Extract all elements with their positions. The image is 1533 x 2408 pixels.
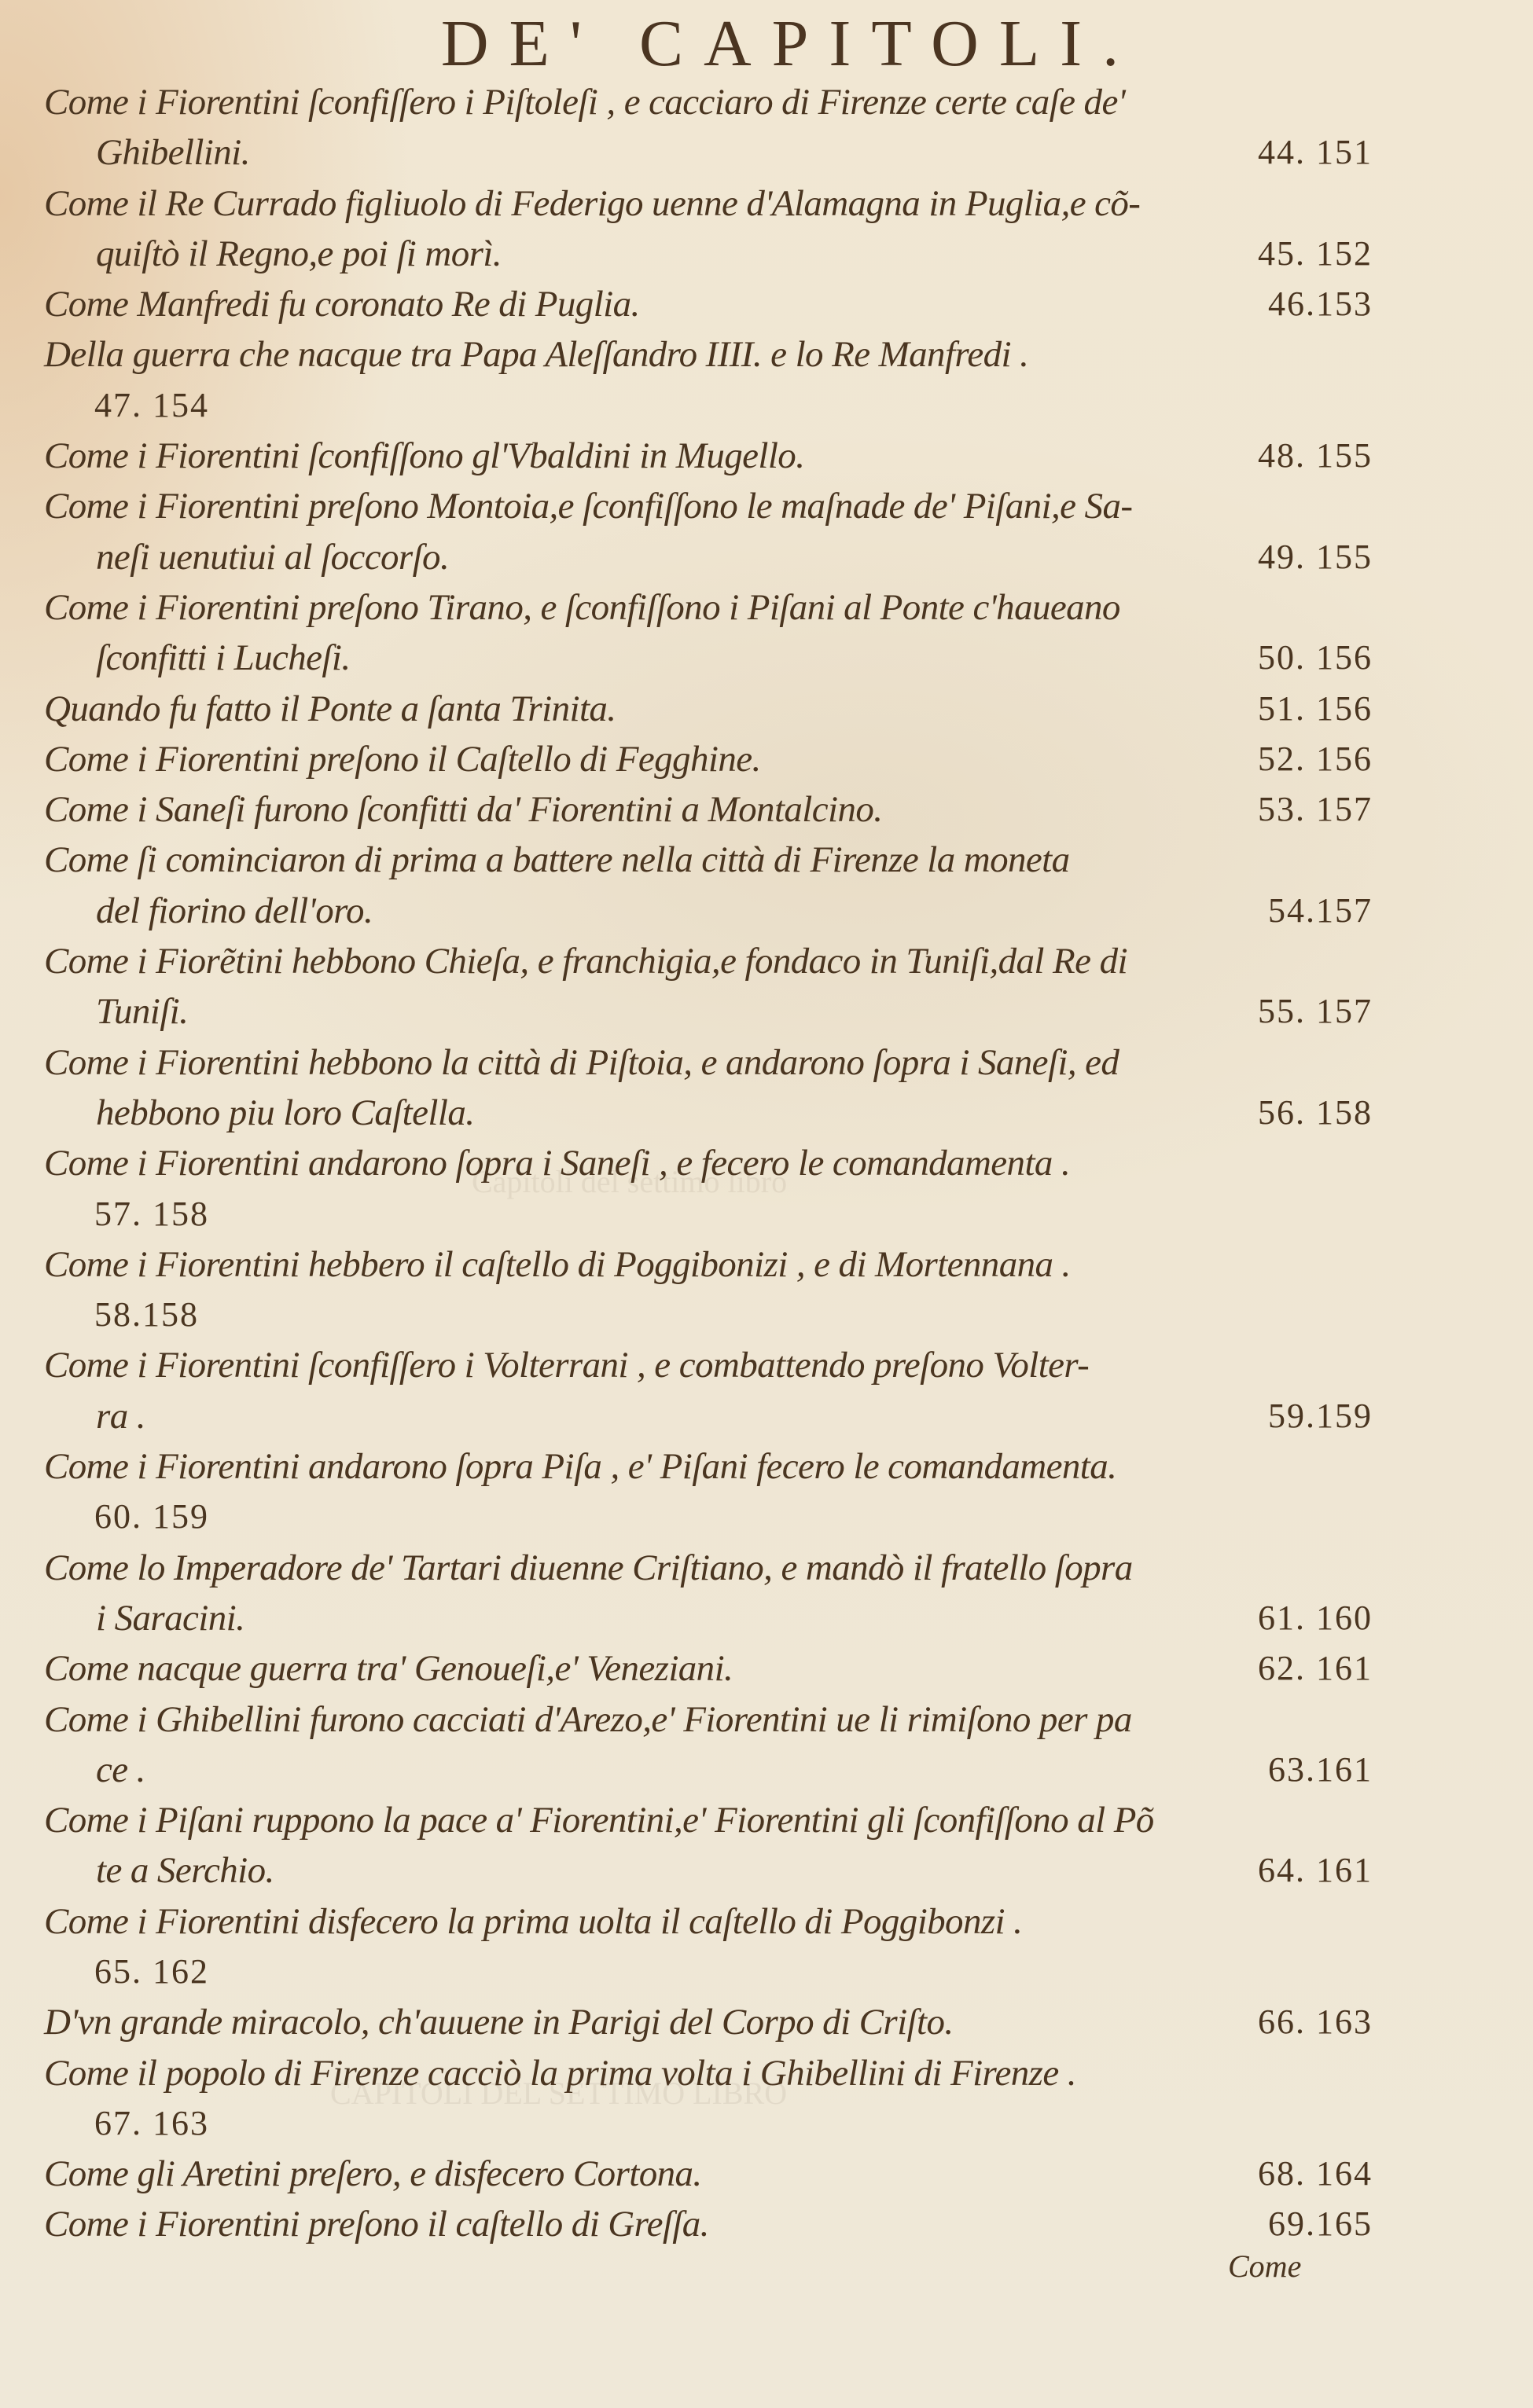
entry-number: 67. 163 xyxy=(94,2098,209,2149)
toc-line: Come i Fiorentini ſconfiſſono gl'Vbaldin… xyxy=(44,431,1373,481)
entry-number: 45. 152 xyxy=(1258,229,1373,279)
entry-text: D'vn grande miracolo, ch'auuene in Parig… xyxy=(44,1997,954,2047)
toc-line: ſconfitti i Lucheſi.50. 156 xyxy=(44,633,1373,683)
toc-line: Della guerra che nacque tra Papa Aleſſan… xyxy=(44,329,1373,380)
entry-text: del fiorino dell'oro. xyxy=(96,886,373,936)
page-title: DE' CAPITOLI. xyxy=(0,5,1533,83)
entry-text: Come i Fiorentini preſono il Caſtello di… xyxy=(44,734,761,784)
entry-number: 63.161 xyxy=(1268,1745,1373,1795)
toc-line: Come i Fiorentini andarono ſopra Piſa , … xyxy=(44,1441,1373,1492)
toc-line: Come i Fiorentini preſono il Caſtello di… xyxy=(44,734,1373,784)
toc-line: Come i Fiorentini disfecero la prima uol… xyxy=(44,1896,1373,1947)
entry-number: 55. 157 xyxy=(1258,986,1373,1037)
entry-text: Come il popolo di Firenze cacciò la prim… xyxy=(44,2048,1076,2098)
entry-number: 66. 163 xyxy=(1258,1997,1373,2047)
toc-line: te a Serchio.64. 161 xyxy=(44,1845,1373,1896)
toc-line: D'vn grande miracolo, ch'auuene in Parig… xyxy=(44,1997,1373,2047)
entry-number: 44. 151 xyxy=(1258,127,1373,178)
entry-number: 49. 155 xyxy=(1258,532,1373,582)
entry-text: Come i Fiorentini hebbono la città di Pi… xyxy=(44,1037,1119,1088)
entry-text: ſconfitti i Lucheſi. xyxy=(96,633,351,683)
toc-line: Come i Fiorentini preſono Tirano, e ſcon… xyxy=(44,582,1373,633)
toc-line: Ghibellini.44. 151 xyxy=(44,127,1373,178)
toc-line: Come i Piſani ruppono la pace a' Fiorent… xyxy=(44,1795,1373,1845)
entry-text: Come Manfredi fu coronato Re di Puglia. xyxy=(44,279,640,329)
toc-line: 67. 163 xyxy=(44,2098,1373,2149)
entry-number: 57. 158 xyxy=(94,1189,209,1239)
toc-line: 65. 162 xyxy=(44,1947,1373,1997)
entry-text: Della guerra che nacque tra Papa Aleſſan… xyxy=(44,329,1028,380)
entry-number: 69.165 xyxy=(1268,2199,1373,2249)
entry-text: quiſtò il Regno,e poi ſi morì. xyxy=(96,229,502,279)
toc-line: Come i Fiorentini ſconfiſſero i Piſtoleſ… xyxy=(44,77,1373,127)
entry-number: 58.158 xyxy=(94,1290,199,1340)
toc-line: del fiorino dell'oro.54.157 xyxy=(44,886,1373,936)
entry-text: Come i Fiorentini ſconfiſſero i Piſtoleſ… xyxy=(44,77,1125,127)
entry-text: hebbono piu loro Caſtella. xyxy=(96,1088,474,1138)
entry-text: Come i Fiorentini preſono Montoia,e ſcon… xyxy=(44,481,1132,531)
entry-text: Come i Piſani ruppono la pace a' Fiorent… xyxy=(44,1795,1154,1845)
entry-number: 64. 161 xyxy=(1258,1845,1373,1896)
entry-text: Come i Fiorẽtini hebbono Chieſa, e franc… xyxy=(44,936,1127,986)
toc-line: 57. 158 xyxy=(44,1189,1373,1239)
toc-line: Tuniſi.55. 157 xyxy=(44,986,1373,1037)
toc-line: neſi uenutiui al ſoccorſo.49. 155 xyxy=(44,532,1373,582)
toc-line: Come i Ghibellini furono cacciati d'Arez… xyxy=(44,1694,1373,1745)
catchword: Come xyxy=(1228,2248,1301,2285)
toc-line: Come i Fiorentini preſono il caſtello di… xyxy=(44,2199,1373,2249)
entry-text: neſi uenutiui al ſoccorſo. xyxy=(96,532,449,582)
entry-text: Come nacque guerra tra' Genoueſi,e' Vene… xyxy=(44,1643,733,1694)
entry-number: 48. 155 xyxy=(1258,431,1373,481)
toc-line: 60. 159 xyxy=(44,1492,1373,1542)
toc-line: 47. 154 xyxy=(44,380,1373,431)
toc-line: quiſtò il Regno,e poi ſi morì.45. 152 xyxy=(44,229,1373,279)
toc-line: Come i Fiorentini hebbono la città di Pi… xyxy=(44,1037,1373,1088)
entry-text: Tuniſi. xyxy=(96,986,188,1037)
entry-text: i Saracini. xyxy=(96,1593,244,1643)
entry-number: 47. 154 xyxy=(94,380,209,431)
entry-text: Come i Fiorentini preſono Tirano, e ſcon… xyxy=(44,582,1120,633)
entry-text: Ghibellini. xyxy=(96,127,250,178)
entry-number: 62. 161 xyxy=(1258,1643,1373,1694)
entry-number: 52. 156 xyxy=(1258,734,1373,784)
entry-text: Come i Fiorentini hebbero il caſtello di… xyxy=(44,1239,1071,1290)
entry-number: 51. 156 xyxy=(1258,684,1373,734)
toc-line: Come ſi cominciaron di prima a battere n… xyxy=(44,835,1373,885)
toc-line: ce .63.161 xyxy=(44,1745,1373,1795)
entry-number: 46.153 xyxy=(1268,279,1373,329)
toc-line: i Saracini.61. 160 xyxy=(44,1593,1373,1643)
entry-text: Come i Saneſi furono ſconfitti da' Fiore… xyxy=(44,784,882,835)
entry-text: Come i Ghibellini furono cacciati d'Arez… xyxy=(44,1694,1132,1745)
entry-text: Come i Fiorentini ſconfiſſono gl'Vbaldin… xyxy=(44,431,804,481)
entry-number: 53. 157 xyxy=(1258,784,1373,835)
toc-line: Come lo Imperadore de' Tartari diuenne C… xyxy=(44,1543,1373,1593)
entry-text: Come il Re Currado figliuolo di Federigo… xyxy=(44,178,1140,229)
entry-number: 56. 158 xyxy=(1258,1088,1373,1138)
toc-line: Come nacque guerra tra' Genoueſi,e' Vene… xyxy=(44,1643,1373,1694)
toc-line: Come i Fiorentini hebbero il caſtello di… xyxy=(44,1239,1373,1290)
toc-line: Come i Fiorentini preſono Montoia,e ſcon… xyxy=(44,481,1373,531)
toc-line: Come i Fiorentini ſconfiſſero i Volterra… xyxy=(44,1340,1373,1390)
entry-text: ce . xyxy=(96,1745,145,1795)
toc-line: hebbono piu loro Caſtella.56. 158 xyxy=(44,1088,1373,1138)
entry-text: Come gli Aretini preſero, e disfecero Co… xyxy=(44,2149,702,2199)
toc-line: ra .59.159 xyxy=(44,1391,1373,1441)
entry-text: Quando fu fatto il Ponte a ſanta Trinita… xyxy=(44,684,616,734)
toc-line: Come Manfredi fu coronato Re di Puglia.4… xyxy=(44,279,1373,329)
entry-text: Come lo Imperadore de' Tartari diuenne C… xyxy=(44,1543,1133,1593)
entry-number: 65. 162 xyxy=(94,1947,209,1997)
toc-line: Come i Saneſi furono ſconfitti da' Fiore… xyxy=(44,784,1373,835)
entry-text: te a Serchio. xyxy=(96,1845,274,1896)
toc-line: Come il popolo di Firenze cacciò la prim… xyxy=(44,2048,1373,2098)
table-of-contents: Come i Fiorentini ſconfiſſero i Piſtoleſ… xyxy=(44,77,1373,2250)
entry-text: Come ſi cominciaron di prima a battere n… xyxy=(44,835,1070,885)
entry-text: Come i Fiorentini disfecero la prima uol… xyxy=(44,1896,1022,1947)
toc-line: 58.158 xyxy=(44,1290,1373,1340)
toc-line: Come i Fiorẽtini hebbono Chieſa, e franc… xyxy=(44,936,1373,986)
document-page: Capitoli del settimo libro CAPITOLI DEL … xyxy=(0,0,1533,2408)
entry-text: Come i Fiorentini preſono il caſtello di… xyxy=(44,2199,709,2249)
toc-line: Quando fu fatto il Ponte a ſanta Trinita… xyxy=(44,684,1373,734)
toc-line: Come i Fiorentini andarono ſopra i Saneſ… xyxy=(44,1138,1373,1188)
entry-number: 50. 156 xyxy=(1258,633,1373,683)
entry-text: Come i Fiorentini andarono ſopra Piſa , … xyxy=(44,1441,1116,1492)
entry-text: Come i Fiorentini ſconfiſſero i Volterra… xyxy=(44,1340,1089,1390)
toc-line: Come il Re Currado figliuolo di Federigo… xyxy=(44,178,1373,229)
entry-text: Come i Fiorentini andarono ſopra i Saneſ… xyxy=(44,1138,1070,1188)
toc-line: Come gli Aretini preſero, e disfecero Co… xyxy=(44,2149,1373,2199)
entry-text: ra . xyxy=(96,1391,145,1441)
entry-number: 54.157 xyxy=(1268,886,1373,936)
entry-number: 68. 164 xyxy=(1258,2149,1373,2199)
entry-number: 61. 160 xyxy=(1258,1593,1373,1643)
entry-number: 60. 159 xyxy=(94,1492,209,1542)
entry-number: 59.159 xyxy=(1268,1391,1373,1441)
